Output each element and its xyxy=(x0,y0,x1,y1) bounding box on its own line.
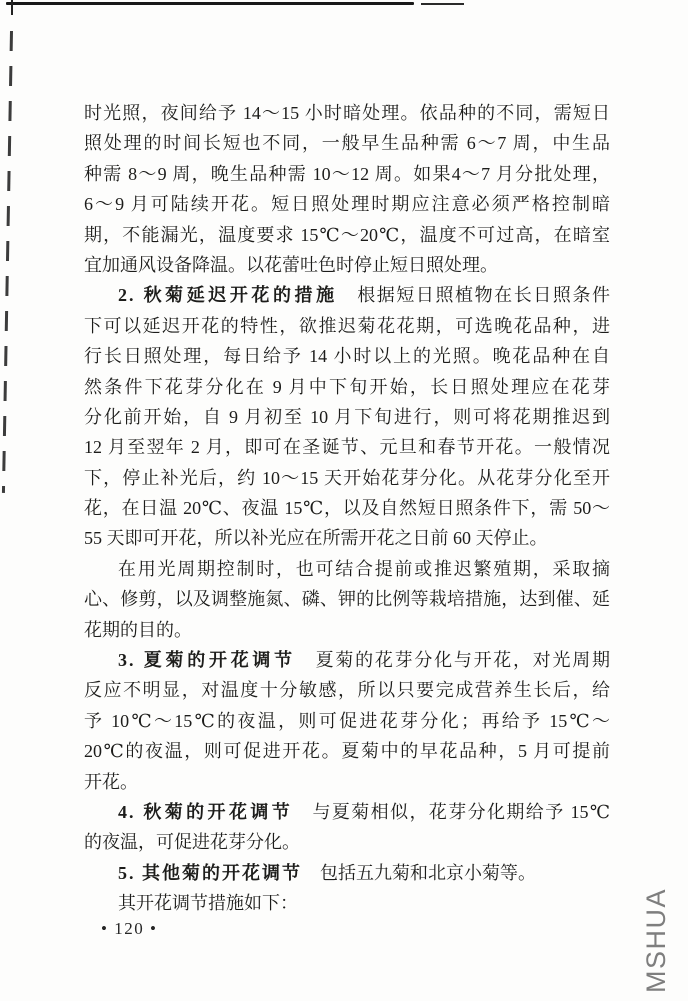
text-line: 花，在日温 20℃、夜温 15℃，以及自然短日照条件下，需 50～ xyxy=(84,493,610,523)
text-line: 反应不明显，对温度十分敏感，所以只要完成营养生长后，给 xyxy=(84,675,610,705)
text-line: 2. 秋菊延迟开花的措施 根据短日照植物在长日照条件 xyxy=(84,280,610,310)
text-line: 4. 秋菊的开花调节 与夏菊相似，花芽分化期给予 15℃ xyxy=(84,797,610,827)
body-run: 种需 8～9 周，晚生品种需 10～12 周。如果4～7 月分批处理， xyxy=(84,164,610,184)
text-line: 其开花调节措施如下： xyxy=(84,888,610,918)
binding-dashed-line xyxy=(2,31,13,493)
body-run: 期，不能漏光，温度要求 15℃～20℃，温度不可过高，在暗室 xyxy=(84,225,610,245)
body-run: 其开花调节措施如下： xyxy=(118,893,298,913)
text-line: 时光照，夜间给予 14～15 小时暗处理。依品种的不同，需短日 xyxy=(84,98,610,128)
body-run: 分化前开始，自 9 月初至 10 月下旬进行，则可将花期推迟到 xyxy=(84,407,610,427)
body-run: 反应不明显，对温度十分敏感，所以只要完成营养生长后，给 xyxy=(84,680,610,700)
text-line: 然条件下花芽分化在 9 月中下旬开始，长日照处理应在花芽 xyxy=(84,372,610,402)
body-run: 花，在日温 20℃、夜温 15℃，以及自然短日照条件下，需 50～ xyxy=(84,498,610,518)
body-run: 夏菊的花芽分化与开花，对光周期 xyxy=(296,650,610,670)
text-line: 开花。 xyxy=(84,767,610,797)
body-run: 的夜温，可促进花芽分化。 xyxy=(84,832,300,852)
text-line: 心、修剪，以及调整施氮、磷、钾的比例等栽培措施，达到催、延 xyxy=(84,584,610,614)
text-line: 在用光周期控制时，也可结合提前或推迟繁殖期，采取摘 xyxy=(84,554,610,584)
scan-artifact-top-line-segment xyxy=(421,3,464,5)
text-line: 分化前开始，自 9 月初至 10 月下旬进行，则可将花期推迟到 xyxy=(84,402,610,432)
text-line: 行长日照处理，每日给予 14 小时以上的光照。晚花品种在自 xyxy=(84,341,610,371)
body-run: 包括五九菊和北京小菊等。 xyxy=(302,863,536,883)
body-run: 时光照，夜间给予 14～15 小时暗处理。依品种的不同，需短日 xyxy=(84,103,610,123)
body-run: 在用光周期控制时，也可结合提前或推迟繁殖期，采取摘 xyxy=(118,559,610,579)
scan-artifact-top-line xyxy=(6,2,414,5)
body-run: 根据短日照植物在长日照条件 xyxy=(338,285,610,305)
text-line: 照处理的时间长短也不同，一般早生品种需 6～7 周，中生品 xyxy=(84,128,610,158)
text-line: 下，停止补光后，约 10～15 天开始花芽分化。从花芽分化至开 xyxy=(84,463,610,493)
text-line: 宜加通风设备降温。以花蕾吐色时停止短日照处理。 xyxy=(84,250,610,280)
text-line: 下可以延迟开花的特性，欲推迟菊花花期，可选晚花品种，进 xyxy=(84,311,610,341)
body-run: 下可以延迟开花的特性，欲推迟菊花花期，可选晚花品种，进 xyxy=(84,316,610,336)
text-line: 花期的目的。 xyxy=(84,615,610,645)
watermark: MSHUA xyxy=(641,888,672,993)
body-run: 予 10℃～15℃的夜温，则可促进花芽分化；再给予 15℃～ xyxy=(84,711,610,731)
body-run: 然条件下花芽分化在 9 月中下旬开始，长日照处理应在花芽 xyxy=(84,377,610,397)
text-line: 种需 8～9 周，晚生品种需 10～12 周。如果4～7 月分批处理， xyxy=(84,159,610,189)
text-line: 12 月至翌年 2 月，即可在圣诞节、元旦和春节开花。一般情况 xyxy=(84,432,610,462)
body-run: 花期的目的。 xyxy=(84,620,192,640)
body-run: 心、修剪，以及调整施氮、磷、钾的比例等栽培措施，达到催、延 xyxy=(84,589,610,609)
body-run: 6～9 月可陆续开花。短日照处理时期应注意必须严格控制暗 xyxy=(84,194,610,214)
text-line: 的夜温，可促进花芽分化。 xyxy=(84,827,610,857)
body-run: 下，停止补光后，约 10～15 天开始花芽分化。从花芽分化至开 xyxy=(84,468,610,488)
heading-run: 5. 其他菊的开花调节 xyxy=(118,863,302,883)
heading-run: 2. 秋菊延迟开花的措施 xyxy=(118,285,338,305)
text-line: 20℃的夜温，则可促进开花。夏菊中的早花品种，5 月可提前 xyxy=(84,736,610,766)
text-line: 3. 夏菊的开花调节 夏菊的花芽分化与开花，对光周期 xyxy=(84,645,610,675)
text-line: 期，不能漏光，温度要求 15℃～20℃，温度不可过高，在暗室 xyxy=(84,220,610,250)
body-run: 宜加通风设备降温。以花蕾吐色时停止短日照处理。 xyxy=(84,255,498,275)
scan-artifact-corner-tick xyxy=(11,0,13,15)
body-run: 照处理的时间长短也不同，一般早生品种需 6～7 周，中生品 xyxy=(84,133,610,153)
body-run: 与夏菊相似，花芽分化期给予 15℃ xyxy=(293,802,610,822)
body-run: 12 月至翌年 2 月，即可在圣诞节、元旦和春节开花。一般情况 xyxy=(84,437,610,457)
heading-run: 4. 秋菊的开花调节 xyxy=(118,802,293,822)
text-line: 予 10℃～15℃的夜温，则可促进花芽分化；再给予 15℃～ xyxy=(84,706,610,736)
body-run: 20℃的夜温，则可促进开花。夏菊中的早花品种，5 月可提前 xyxy=(84,741,610,761)
text-line: 6～9 月可陆续开花。短日照处理时期应注意必须严格控制暗 xyxy=(84,189,610,219)
body-run: 行长日照处理，每日给予 14 小时以上的光照。晚花品种在自 xyxy=(84,346,610,366)
body-run: 55 天即可开花，所以补光应在所需开花之日前 60 天停止。 xyxy=(84,528,548,548)
body-run: 开花。 xyxy=(84,772,138,792)
heading-run: 3. 夏菊的开花调节 xyxy=(118,650,296,670)
page-number: • 120 • xyxy=(101,919,157,939)
scanned-page: 时光照，夜间给予 14～15 小时暗处理。依品种的不同，需短日照处理的时间长短也… xyxy=(0,0,688,1001)
page-text: 时光照，夜间给予 14～15 小时暗处理。依品种的不同，需短日照处理的时间长短也… xyxy=(84,98,610,919)
text-line: 55 天即可开花，所以补光应在所需开花之日前 60 天停止。 xyxy=(84,523,610,553)
text-line: 5. 其他菊的开花调节 包括五九菊和北京小菊等。 xyxy=(84,858,610,888)
